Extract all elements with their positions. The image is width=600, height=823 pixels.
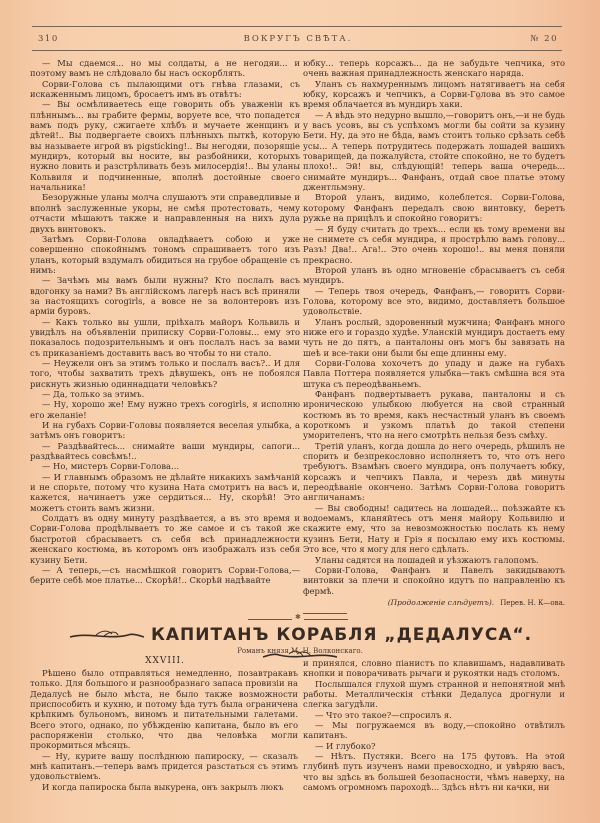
continuation-note: (Продолженіе слѣдуетъ).Перев. Н. К—ова. xyxy=(303,598,565,608)
story1-right-column: юбку... теперь корсажъ... да не забудьте… xyxy=(303,58,565,608)
magazine-page: 310 ВОКРУГЪ СВѢТА. № 20 — Мы сдаемся... … xyxy=(0,0,600,823)
paragraph: — Неужели онъ за этимъ только и послалъ … xyxy=(30,358,300,389)
paragraph: — Я буду считать до трехъ... если къ том… xyxy=(303,224,565,265)
paragraph: — Мы сдаемся... но мы солдаты, а не него… xyxy=(30,58,300,79)
paragraph: и принялся, словно піанистъ по клавишамъ… xyxy=(303,658,565,679)
paragraph: юбку... теперь корсажъ... да не забудьте… xyxy=(303,58,565,79)
column-end-rule xyxy=(303,613,347,614)
paragraph: Затѣмъ Сорви-Голова овладѣваетъ собою и … xyxy=(30,234,300,275)
paragraph: Фанфанъ подвертываетъ рукава, панталоны … xyxy=(303,389,565,441)
paragraph: Уланъ рослый, здоровенный мужчина; Фанфа… xyxy=(303,317,565,358)
paragraph: — Но, мистеръ Сорви-Голова... xyxy=(30,461,300,471)
paragraph: И когда папироска была выкурена, онъ зак… xyxy=(30,782,298,792)
paragraph: Третій уланъ, когда дошла до него очеред… xyxy=(303,441,565,503)
paper-stain xyxy=(476,95,481,100)
paragraph: Уланъ съ нахмуреннымъ лицомъ натягиваетъ… xyxy=(303,79,565,110)
paragraph: Сорви-Голова съ пылающими отъ гнѣва глаз… xyxy=(30,79,300,100)
paragraph: Солдатъ въ одну минуту раздѣвается, а въ… xyxy=(30,513,300,565)
issue-number: № 20 xyxy=(530,34,558,44)
paragraph: Безоружные уланы молча слушаютъ эти спра… xyxy=(30,192,300,233)
header-rule-bottom xyxy=(32,50,562,51)
chapter-number: XXVIII. xyxy=(30,656,300,666)
left-flourish-icon xyxy=(68,628,146,642)
paragraph: — Да, только за этимъ. xyxy=(30,389,300,399)
section-separator: ✱ xyxy=(248,616,348,622)
paragraph: — Вы осмѣливаетесь еще говорить объ уваж… xyxy=(30,99,300,192)
paragraph: — Теперь твоя очередь, Фанфанъ,— говорит… xyxy=(303,286,565,317)
continued-label: (Продолженіе слѣдуетъ). xyxy=(388,598,495,607)
paragraph: — Ну, курите вашу послѣднюю папироску, —… xyxy=(30,751,298,782)
running-head: 310 ВОКРУГЪ СВѢТА. № 20 xyxy=(38,34,558,48)
story1-left-column: — Мы сдаемся... но мы солдаты, а не него… xyxy=(30,58,300,586)
paragraph: — И глубоко? xyxy=(303,741,565,751)
story-headline: КАПИТАНЪ КОРАБЛЯ „ДЕДАЛУСА“. xyxy=(40,624,560,646)
story-byline: Романъ князя М. Н. Волконскаго. xyxy=(0,647,600,655)
headline-text: КАПИТАНЪ КОРАБЛЯ „ДЕДАЛУСА“. xyxy=(151,625,532,645)
journal-title: ВОКРУГЪ СВѢТА. xyxy=(38,34,558,44)
paragraph: Второй уланъ въ одно мгновеніе сбрасывае… xyxy=(303,265,565,286)
paragraph: — Ну, хорошо же! Ему нужно трехъ corogir… xyxy=(30,399,300,420)
paragraph: Послышался глухой шумъ странной и непоня… xyxy=(303,679,565,710)
paragraph: И на губахъ Сорви-Головы появляется весе… xyxy=(30,420,300,441)
paragraph: Уланы садятся на лошадей и уѣзжаютъ гало… xyxy=(303,555,565,565)
paragraph: — Зачѣмъ мы вамъ были нужны? Кто послалъ… xyxy=(30,275,300,316)
paragraph: — Что это такое?—спросилъ я. xyxy=(303,710,565,720)
paragraph: — А теперь,—съ насмѣшкой говоритъ Сорви-… xyxy=(30,565,300,586)
paragraph: Сорви-Голова, Фанфанъ и Павелъ закидываю… xyxy=(303,565,565,596)
story2-left-column: Рѣшено было отправляться немедленно, поз… xyxy=(30,668,298,792)
paragraph: — А вѣдь это недурно вышло,—говоритъ онъ… xyxy=(303,110,565,193)
paragraph: Рѣшено было отправляться немедленно, поз… xyxy=(30,668,298,751)
paper-stain xyxy=(474,227,481,234)
paragraph: — Какъ только вы ушли, пріѣхалъ майоръ К… xyxy=(30,317,300,358)
story2-right-column: и принялся, словно піанистъ по клавишамъ… xyxy=(303,658,565,792)
paragraph: — И главнымъ образомъ не дѣлайте никаких… xyxy=(30,472,300,513)
paragraph: — Вы свободны! садитесь на лошадей... по… xyxy=(303,503,565,555)
paragraph: — Нѣтъ. Пустяки. Всего на 175 футовъ. На… xyxy=(303,751,565,792)
paragraph: — Раздѣвайтесь... снимайте ваши мундиры,… xyxy=(30,441,300,462)
translator-credit: Перев. Н. К—ова. xyxy=(500,599,565,607)
header-rule-top xyxy=(32,26,562,27)
separator-star-icon: ✱ xyxy=(295,613,301,621)
paragraph: Сорви-Голова хохочетъ до упаду и даже на… xyxy=(303,358,565,389)
paragraph: — Мы погружаемся въ воду,—спокойно отвѣт… xyxy=(303,720,565,741)
paragraph: Второй уланъ, видимо, колеблется. Сорви-… xyxy=(303,192,565,223)
